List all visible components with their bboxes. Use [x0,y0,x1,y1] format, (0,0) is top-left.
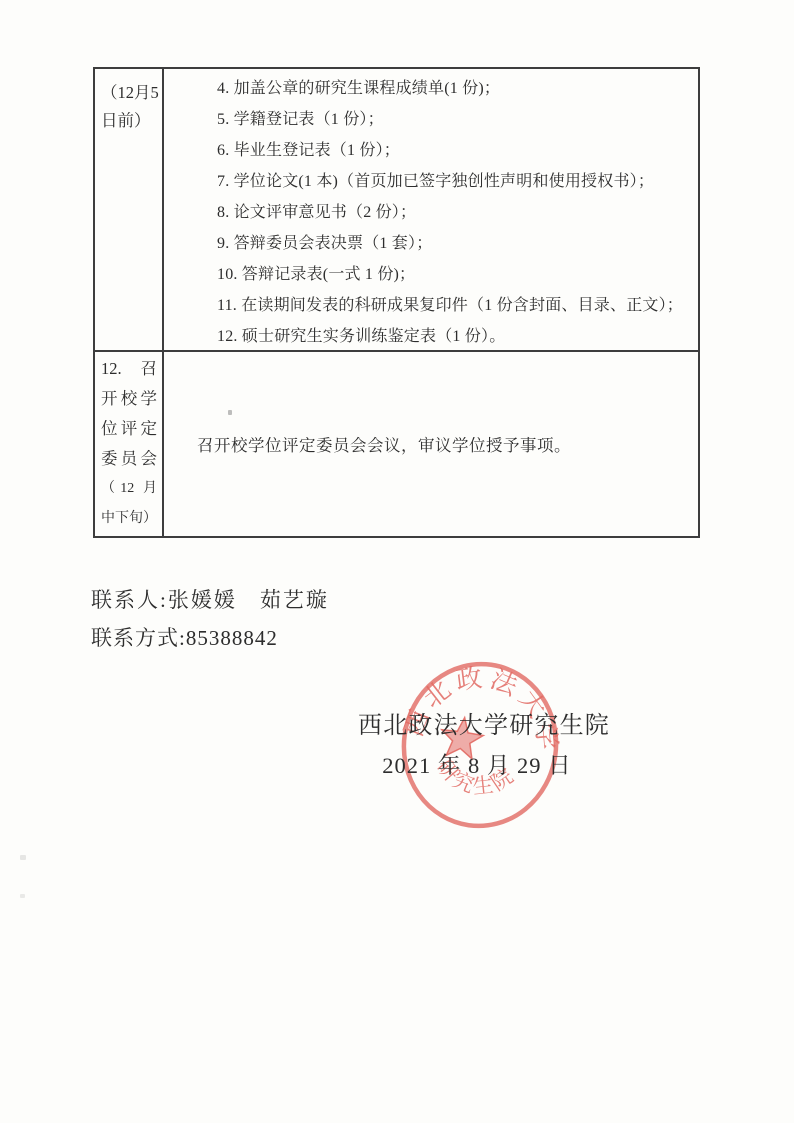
title-line: 12. 召 [101,354,157,384]
list-item: 5. 学籍登记表（1 份）； [217,104,692,135]
scan-speck [20,894,25,898]
schedule-table: （12月5 日前） 4. 加盖公章的研究生课程成绩单(1 份)； 5. 学籍登记… [93,67,700,538]
title-line: （12 月 [101,474,157,504]
list-item: 4. 加盖公章的研究生课程成绩单(1 份)； [217,73,692,104]
row2-title-cell: 12. 召 开校学 位评定 委员会 （12 月 中下旬） [95,352,164,536]
list-item: 10. 答辩记录表(一式 1 份)； [217,259,692,290]
scan-speck [20,855,26,860]
seal-ring [393,654,566,836]
list-item: 8. 论文评审意见书（2 份）； [217,197,692,228]
title-line: 委员会 [101,444,157,474]
list-item: 11. 在读期间发表的科研成果复印件（1 份含封面、目录、正文）； [217,290,692,321]
contact-block: 联系人:张媛媛 茹艺璇 联系方式:85388842 [91,586,329,652]
contact-person: 联系人:张媛媛 茹艺璇 [91,586,329,614]
signature-date: 2021 年 8 月 29 日 [382,752,571,780]
table-row: 12. 召 开校学 位评定 委员会 （12 月 中下旬） 召开校学位评定委员会会… [95,352,698,536]
list-item: 12. 硕士研究生实务训练鉴定表（1 份）。 [217,321,692,352]
title-line: 位评定 [101,414,157,444]
table-row: （12月5 日前） 4. 加盖公章的研究生课程成绩单(1 份)； 5. 学籍登记… [95,69,698,352]
signature-org: 西北政法大学研究生院 [358,712,610,741]
row2-content-cell: 召开校学位评定委员会会议，审议学位授予事项。 [164,352,698,536]
scan-speck [228,410,232,415]
seal-arc-text: 西北政法大学 [398,652,573,760]
row1-items-cell: 4. 加盖公章的研究生课程成绩单(1 份)； 5. 学籍登记表（1 份）； 6.… [164,69,698,350]
title-line: 中下旬） [101,504,157,534]
date-line: （12月5 [101,79,160,107]
row2-content-text: 召开校学位评定委员会会议，审议学位授予事项。 [197,432,571,456]
list-item: 6. 毕业生登记表（1 份）； [217,135,692,166]
row1-date-cell: （12月5 日前） [95,69,164,350]
list-item: 9. 答辩委员会表决票（1 套）； [217,228,692,259]
title-line: 开校学 [101,384,157,414]
date-line: 日前） [101,107,160,135]
list-item: 7. 学位论文(1 本)（首页加已签字独创性声明和使用授权书）； [217,166,692,197]
contact-phone: 联系方式:85388842 [91,624,329,652]
